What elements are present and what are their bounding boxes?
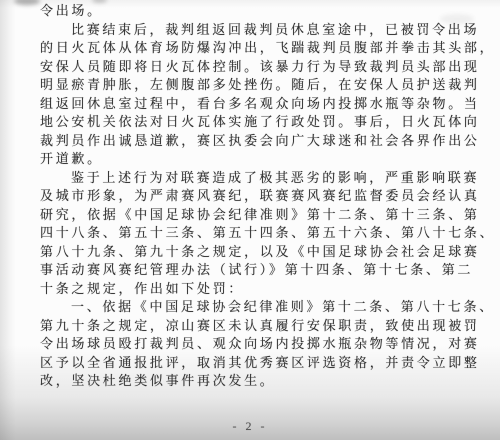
- document-body: 令出场。 比赛结束后，裁判组返回裁判员休息室途中，已被罚令出场 的日火瓦体从体育…: [40, 2, 485, 391]
- document-line: 安保人员随即将日火瓦体控制。该暴力行为导致裁判员头部出现: [40, 58, 485, 77]
- document-line: 令出场。: [40, 2, 485, 21]
- document-line: 区予以全省通报批评，取消其优秀赛区评选资格，并责令立即整: [40, 354, 485, 373]
- scan-smudge: [14, 0, 40, 5]
- document-line: 的日火瓦体从体育场防爆沟冲出，飞踹裁判员腹部并拳击其头部，: [40, 39, 485, 58]
- document-line: 鉴于上述行为对联赛造成了极其恶劣的影响，严重影响联赛: [40, 169, 485, 188]
- document-line: 明显瘀青肿胀，左侧腹部多处挫伤。随后，在安保人员护送裁判: [40, 76, 485, 95]
- document-line: 第八十九条、第九十条之规定，以及《中国足球协会社会足球赛: [40, 243, 485, 262]
- document-line: 十条之规定，作出如下处罚：: [40, 280, 485, 299]
- document-line: 裁判员作出诚恳道歉，赛区执委会向广大球迷和社会各界作出公: [40, 132, 485, 151]
- page-number: - 2 -: [0, 419, 500, 434]
- scan-shadow-left: [0, 0, 16, 440]
- document-line: 研究，依据《中国足球协会纪律准则》第十二条、第十三条、第: [40, 206, 485, 225]
- document-line: 比赛结束后，裁判组返回裁判员休息室途中，已被罚令出场: [40, 21, 485, 40]
- document-line: 及城市形象，为严肃赛风赛纪，联赛赛风赛纪监督委员会经认真: [40, 187, 485, 206]
- document-line: 事活动赛风赛纪管理办法（试行）》第十四条、第十七条、第二: [40, 261, 485, 280]
- document-line: 地公安机关依法对日火瓦体实施了行政处罚。事后，日火瓦体向: [40, 113, 485, 132]
- document-page: 令出场。 比赛结束后，裁判组返回裁判员休息室途中，已被罚令出场 的日火瓦体从体育…: [0, 0, 500, 440]
- document-line: 一、依据《中国足球协会纪律准则》第十二条、第八十七条、: [40, 298, 485, 317]
- document-line: 四十八条、第五十三条、第五十四条、第五十六条、第八十七条、: [40, 224, 485, 243]
- document-line: 开道歉。: [40, 150, 485, 169]
- document-line: 第九十条之规定，凉山赛区未认真履行安保职责，致使出现被罚: [40, 317, 485, 336]
- document-line: 组返回休息室过程中，看台多名观众向场内投掷水瓶等杂物。当: [40, 95, 485, 114]
- document-line: 令出场球员殴打裁判员、观众向场内投掷水瓶杂物等情况，对赛: [40, 335, 485, 354]
- document-line: 改，坚决杜绝类似事件再次发生。: [40, 372, 485, 391]
